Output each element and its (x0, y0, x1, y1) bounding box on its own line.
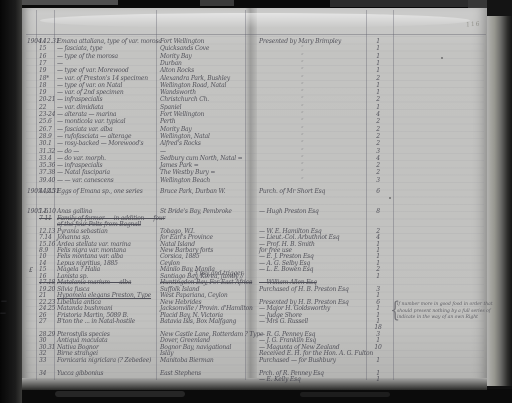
ledger-row: 19— type of var. MorewoodAlton Rocks”1 (0, 67, 512, 74)
ledger-row: 37.38— Natal fascipariaThe Westby Bury =… (0, 169, 512, 176)
entry-qty: 2 (366, 126, 390, 133)
ledger-row: 18*— var. of Preston's 14 specimenAlexan… (0, 75, 512, 82)
entry-loc: Wellington, Natal (160, 133, 210, 140)
pencil-note-line: indicate in the way of an own Right (397, 315, 507, 322)
entry-qty: 1 (366, 60, 390, 67)
entry-name: Eggs of Emana sp., one series (57, 188, 143, 195)
ledger-row: 17—Durban”1 (0, 60, 512, 67)
entry-name: Emana attaliana, type of var. morosa (57, 38, 162, 45)
ink-speck (441, 57, 443, 59)
entry-loc: Wellington Road, Natal (160, 82, 226, 89)
entry-no: 37.38 (39, 169, 55, 176)
entry-loc: James Park = (160, 162, 199, 169)
ledger-row: 20-21— infraspecialisChristchurch Ch.”2 (0, 96, 512, 103)
entry-name: — type of var. Morewood (57, 67, 129, 74)
entry-no: 20-21 (39, 96, 55, 103)
entry-loc: The Westby Bury = (160, 169, 215, 176)
entry-loc: Bruce Park, Durban W. (160, 188, 225, 195)
entry-qty: 1 (366, 376, 390, 383)
entry-name: — monticola var. typical (57, 118, 125, 125)
entry-name: — type of var. on Natal (57, 82, 122, 89)
entry-no: 39.40 (39, 177, 55, 184)
entry-name: — infraspecialis (57, 96, 102, 103)
entry-loc: Christchurch Ch. (160, 96, 209, 103)
entry-acq: ” (301, 45, 303, 52)
entry-no: 31.32 (39, 148, 55, 155)
ledger-photo: 116 1904.12.3114Emana attaliana, type of… (0, 0, 512, 403)
entry-no: 28.9 (39, 133, 52, 140)
entry-acq: Presented by Mary Brimpley (259, 38, 341, 45)
entry-qty: 6 (366, 188, 390, 195)
ledger-row: 19— var. of 2nd specimenWandsworth”1 (0, 89, 512, 96)
entry-no: 16 (39, 53, 46, 60)
ledger-row: 35.36— infraspecialisJames Park =”2 (0, 162, 512, 169)
entry-name: — Natal fasciparia (57, 169, 110, 176)
entry-loc: Sedbury cum North, Natal = (160, 155, 242, 162)
entry-name: — var. of Preston's 14 specimen (57, 75, 148, 82)
entry-qty: 2 (366, 118, 390, 125)
entry-acq: ” (301, 60, 303, 67)
entry-loc: Alfred's Rocks (160, 140, 201, 147)
ledger-row: 31.32— do ——”3 (0, 148, 512, 155)
entry-qty: 2 (366, 96, 390, 103)
margin-mark: — (0, 310, 6, 317)
entry-acq: ” (301, 67, 303, 74)
entry-acq: ” (301, 162, 303, 169)
pencil-note-line: if number more in good food in order tha… (397, 302, 507, 309)
entry-qty: 1 (366, 82, 390, 89)
entry-loc: Wandsworth (160, 89, 196, 96)
ledger-row: 28.9— rufofasciata — alterageWellington,… (0, 133, 512, 140)
entry-loc: Durban (160, 60, 182, 67)
entry-qty: 1 (366, 67, 390, 74)
entry-qty: 4 (366, 155, 390, 162)
ledger-row: 15— fasciata, typeQuicksands Cove”1 (0, 45, 512, 52)
entry-no: 18* (39, 75, 49, 82)
entry-loc: Mority Bay (160, 53, 192, 60)
entry-loc: Spaniel (160, 104, 181, 111)
entry-acq: ” (301, 53, 303, 60)
pencil-note: if number more in good food in order tha… (397, 302, 507, 322)
entry-qty: 3 (366, 148, 390, 155)
entry-name: — (57, 60, 63, 67)
entry-no: 17 (39, 60, 46, 67)
entry-acq: ” (301, 75, 303, 82)
entry-no: 33.4 (39, 155, 52, 162)
entry-qty: 2 (366, 75, 390, 82)
entry-no: 30.1 (39, 140, 52, 147)
entry-name: — type of the morosa (57, 53, 118, 60)
ledger-row: 25.6— monticola var. typicalPerth”2 (0, 118, 512, 125)
entry-name: — rosy-backed — Morewood's (57, 140, 143, 147)
entry-acq: ” (301, 104, 303, 111)
entry-note: 3 psy and trigger (194, 270, 243, 277)
entry-qty: 1 (366, 38, 390, 45)
entry-qty: 4 (366, 111, 390, 118)
entry-name: — fasciata, type (57, 45, 102, 52)
entry-name: — do — (57, 148, 79, 155)
entry-acq: ” (301, 169, 303, 176)
entry-acq: ” (301, 133, 303, 140)
entry-no: 18 (39, 82, 46, 89)
entry-loc: — (160, 148, 166, 155)
entry-qty: 1 (366, 45, 390, 52)
entry-name: — alterata — marina (57, 111, 116, 118)
ledger-row: 26.7— fasciata var. albaMority Bay”2 (0, 126, 512, 133)
entry-no: 22 (39, 104, 46, 111)
entry-loc: Mority Bay (160, 126, 192, 133)
entry-loc: Quicksands Cove (160, 45, 209, 52)
entry-name: — — var. canescens (57, 177, 114, 184)
entry-acq: Purch. of Mr Short Esq (259, 188, 325, 195)
entry-loc: Wellington Beach (160, 177, 210, 184)
ledger-row: 18— type of var. on NatalWellington Road… (0, 82, 512, 89)
entry-acq: ” (301, 155, 303, 162)
entry-acq: ” (301, 118, 303, 125)
entry-no: 19 (39, 67, 46, 74)
entry-loc: Alton Rocks (160, 67, 194, 74)
entry-name: — do var. morph. (57, 155, 106, 162)
entry-name: — infraspecialis (57, 162, 102, 169)
ledger-row: 1904.12.3114Emana attaliana, type of var… (0, 38, 512, 45)
ledger-row: 16— type of the morosaMority Bay”1 (0, 53, 512, 60)
entry-qty: 2 (366, 140, 390, 147)
entry-acq: — E. Kelly Esq (259, 376, 301, 383)
entry-loc: Perth (160, 118, 175, 125)
entry-acq: ” (301, 177, 303, 184)
entry-loc: Fort Wellington (160, 111, 204, 118)
entry-qty: 2 (366, 169, 390, 176)
ledger-row: 33.4— do var. morph.Sedbury cum North, N… (0, 155, 512, 162)
margin-mark: £ (29, 267, 33, 274)
entry-no: 26.7 (39, 126, 52, 133)
ledger-row: 30.1— rosy-backed — Morewood'sAlfred's R… (0, 140, 512, 147)
entry-no: 23-24 (39, 111, 55, 118)
entry-name: — var. of 2nd specimen (57, 89, 124, 96)
ledger-row: 23-24— alterata — marinaFort Wellington”… (0, 111, 512, 118)
entry-qty: 2 (366, 162, 390, 169)
entry-name: — var. dimidiata (57, 104, 103, 111)
ledger-row: 1905.12.3144/45Eggs of Emana sp., one se… (0, 188, 512, 195)
entry-acq: ” (301, 96, 303, 103)
entry-no: 14 (39, 38, 46, 45)
entry-acq: ” (301, 82, 303, 89)
ledger-row: 22— var. dimidiataSpaniel”1 (0, 104, 512, 111)
entry-no: 15 (39, 45, 46, 52)
margin-mark: — (1, 298, 7, 305)
entry-acq: ” (301, 89, 303, 96)
entry-acq: ” (301, 140, 303, 147)
ledger-entries-layer: 1904.12.3114Emana attaliana, type of var… (0, 0, 512, 403)
entry-qty: 1 (366, 89, 390, 96)
entry-no: 44/45 (39, 188, 55, 195)
entry-acq: ” (301, 126, 303, 133)
ledger-row: — E. Kelly Esq1 (0, 376, 512, 383)
entry-acq: ” (301, 111, 303, 118)
entry-qty: 3 (366, 177, 390, 184)
entry-no: 35.36 (39, 162, 55, 169)
entry-qty: 2 (366, 133, 390, 140)
entry-qty: 1 (366, 104, 390, 111)
entry-no: 19 (39, 89, 46, 96)
ink-speck (389, 197, 391, 199)
entry-name: — fasciata var. alba (57, 126, 112, 133)
entry-name: — rufofasciata — alterage (57, 133, 131, 140)
entry-qty: 1 (366, 53, 390, 60)
entry-loc: Alexandra Park, Bushley (160, 75, 230, 82)
entry-acq: ” (301, 148, 303, 155)
entry-loc: Fort Wellington (160, 38, 204, 45)
ledger-row: 39.40— — var. canescensWellington Beach”… (0, 177, 512, 184)
entry-no: 25.6 (39, 118, 52, 125)
